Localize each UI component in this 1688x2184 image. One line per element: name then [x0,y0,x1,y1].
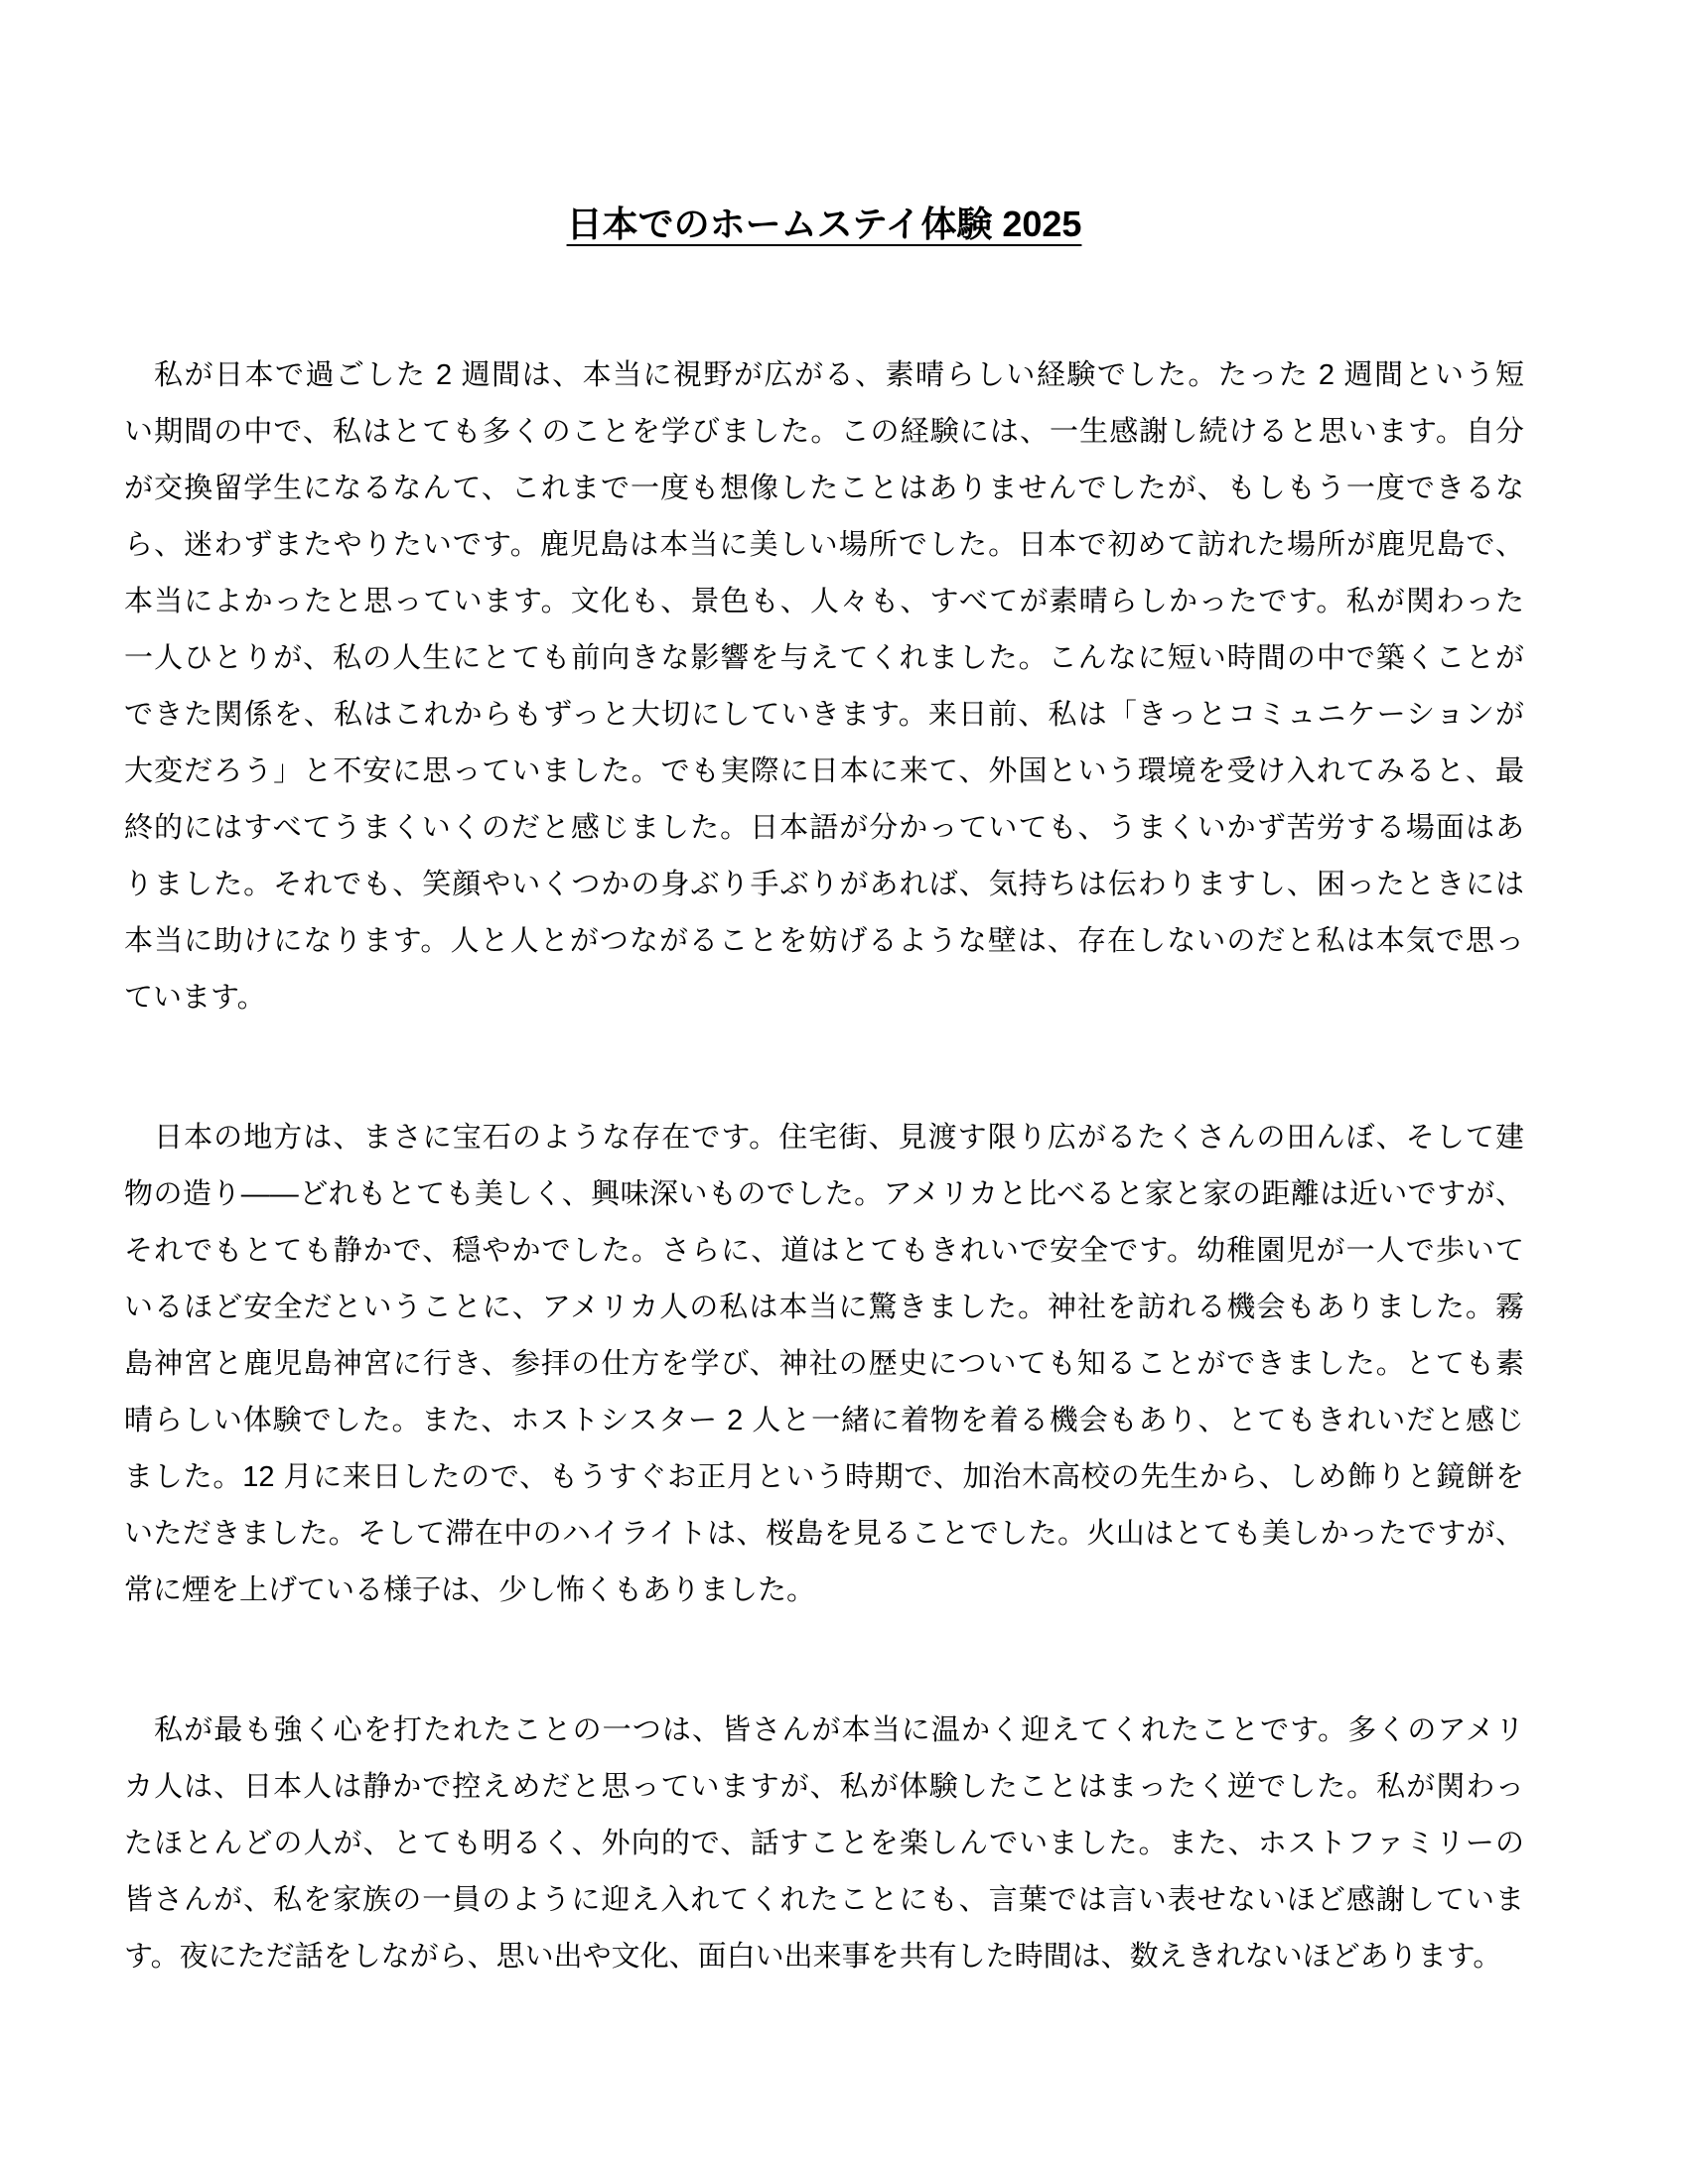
document-page: 日本でのホームステイ体験 2025 私が日本で過ごした 2 週間は、本当に視野が… [0,0,1688,2184]
text-line: 大変だろう」と不安に思っていました。でも実際に日本に来て、外国という環境を受け入… [124,744,1524,800]
text-line: 一人ひとりが、私の人生にとても前向きな影響を与えてくれました。こんなに短い時間の… [124,630,1524,687]
text-line: 常に煙を上げている様子は、少し怖くもありました。 [124,1563,1524,1619]
text-line: 私が日本で過ごした 2 週間は、本当に視野が広がる、素晴らしい経験でした。たった… [124,347,1524,404]
text-line: 晴らしい体験でした。また、ホストシスター 2 人と一緒に着物を着る機会もあり、と… [124,1393,1524,1449]
text-line: 日本の地方は、まさに宝石のような存在です。住宅街、見渡す限り広がるたくさんの田ん… [124,1110,1524,1166]
text-line: 終的にはすべてうまくいくのだと感じました。日本語が分かっていても、うまくいかず苦… [124,800,1524,857]
text-line: 私が最も強く心を打たれたことの一つは、皆さんが本当に温かく迎えてくれたことです。… [124,1703,1524,1759]
paragraph: 私が日本で過ごした 2 週間は、本当に視野が広がる、素晴らしい経験でした。たった… [124,347,1524,1026]
text-line: 物の造り——どれもとても美しく、興味深いものでした。アメリカと比べると家と家の距… [124,1166,1524,1223]
text-line: それでもとても静かで、穏やかでした。さらに、道はとてもきれいで安全です。幼稚園児… [124,1223,1524,1280]
text-line: できた関係を、私はこれからもずっと大切にしていきます。来日前、私は「きっとコミュ… [124,687,1524,744]
text-line: 皆さんが、私を家族の一員のように迎え入れてくれたことにも、言葉では言い表せないほ… [124,1872,1524,1929]
paragraph: 日本の地方は、まさに宝石のような存在です。住宅街、見渡す限り広がるたくさんの田ん… [124,1110,1524,1619]
text-line: いただきました。そして滞在中のハイライトは、桜島を見ることでした。火山はとても美… [124,1506,1524,1563]
text-line: ら、迷わずまたやりたいです。鹿児島は本当に美しい場所でした。日本で初めて訪れた場… [124,517,1524,574]
text-line: い期間の中で、私はとても多くのことを学びました。この経験には、一生感謝し続けると… [124,404,1524,461]
text-line: 本当に助けになります。人と人とがつながることを妨げるような壁は、存在しないのだと… [124,913,1524,970]
text-line: ました。12 月に来日したので、もうすぐお正月という時期で、加治木高校の先生から… [124,1449,1524,1506]
text-line: たほとんどの人が、とても明るく、外向的で、話すことを楽しんでいました。また、ホス… [124,1816,1524,1872]
document-body: 私が日本で過ごした 2 週間は、本当に視野が広がる、素晴らしい経験でした。たった… [124,347,1524,1985]
text-line: す。夜にただ話をしながら、思い出や文化、面白い出来事を共有した時間は、数えきれな… [124,1929,1524,1985]
text-line: 本当によかったと思っています。文化も、景色も、人々も、すべてが素晴らしかったです… [124,574,1524,630]
paragraph: 私が最も強く心を打たれたことの一つは、皆さんが本当に温かく迎えてくれたことです。… [124,1703,1524,1985]
document-title: 日本でのホームステイ体験 2025 [124,197,1524,247]
text-line: りました。それでも、笑顔やいくつかの身ぶり手ぶりがあれば、気持ちは伝わりますし、… [124,857,1524,913]
text-line: が交換留学生になるなんて、これまで一度も想像したことはありませんでしたが、もしも… [124,461,1524,517]
text-line: カ人は、日本人は静かで控えめだと思っていますが、私が体験したことはまったく逆でし… [124,1759,1524,1816]
text-line: ています。 [124,970,1524,1026]
text-line: 島神宮と鹿児島神宮に行き、参拝の仕方を学び、神社の歴史についても知ることができま… [124,1336,1524,1393]
text-line: いるほど安全だということに、アメリカ人の私は本当に驚きました。神社を訪れる機会も… [124,1280,1524,1336]
